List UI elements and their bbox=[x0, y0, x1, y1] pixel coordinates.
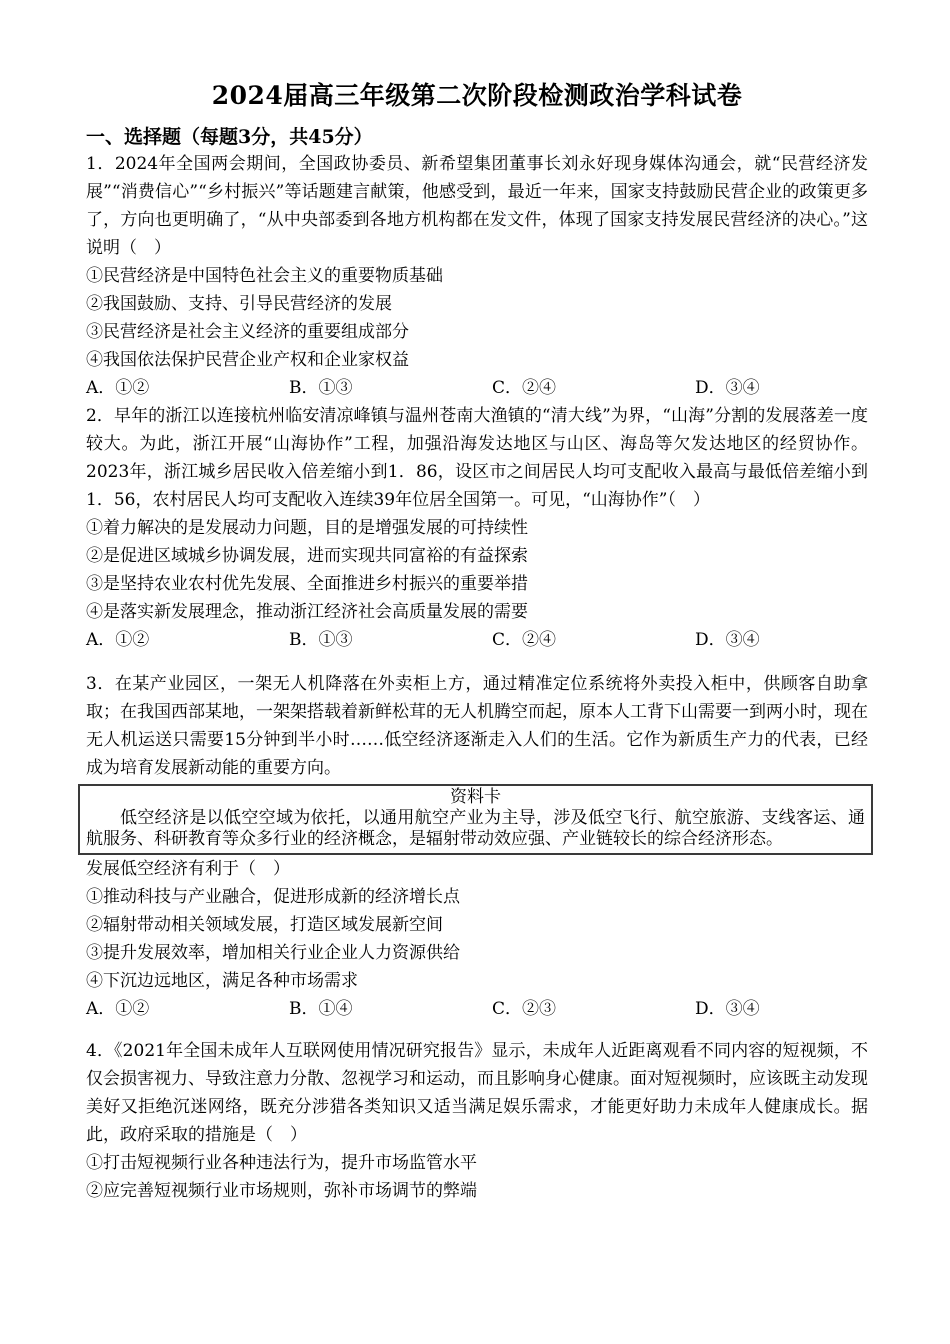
question-1-option-b: B．①③ bbox=[289, 374, 492, 402]
question-1: 1．2024年全国两会期间，全国政协委员、新希望集团董事长刘永好现身媒体沟通会，… bbox=[86, 150, 868, 402]
question-3-stem-continued: 发展低空经济有利于（ ） bbox=[86, 855, 868, 883]
question-2-item-2: ②是促进区域城乡协调发展，进而实现共同富裕的有益探索 bbox=[86, 542, 868, 570]
question-2-option-b: B．①③ bbox=[289, 626, 492, 654]
exam-paper-page: 2024届高三年级第二次阶段检测政治学科试卷 一、选择题（每题3分，共45分） … bbox=[0, 0, 950, 1344]
question-4-item-2: ②应完善短视频行业市场规则，弥补市场调节的弊端 bbox=[86, 1177, 868, 1205]
question-2-item-4: ④是落实新发展理念，推动浙江经济社会高质量发展的需要 bbox=[86, 598, 868, 626]
question-2-item-1: ①着力解决的是发展动力问题，目的是增强发展的可持续性 bbox=[86, 514, 868, 542]
question-2-option-a: A．①② bbox=[86, 626, 289, 654]
question-1-item-1: ①民营经济是中国特色社会主义的重要物质基础 bbox=[86, 262, 868, 290]
info-card-body: 低空经济是以低空空域为依托，以通用航空产业为主导，涉及低空飞行、航空旅游、支线客… bbox=[86, 808, 865, 850]
question-4-stem: 4．《2021年全国未成年人互联网使用情况研究报告》显示，未成年人近距离观看不同… bbox=[86, 1037, 868, 1149]
question-2-item-3: ③是坚持农业农村优先发展、全面推进乡村振兴的重要举措 bbox=[86, 570, 868, 598]
question-2-option-c: C．②④ bbox=[492, 626, 695, 654]
question-1-options-row: A．①② B．①③ C．②④ D．③④ bbox=[86, 374, 868, 402]
question-3-option-a: A．①② bbox=[86, 995, 289, 1023]
question-2-option-d: D．③④ bbox=[695, 626, 868, 654]
exam-title: 2024届高三年级第二次阶段检测政治学科试卷 bbox=[86, 80, 868, 112]
info-card-title: 资料卡 bbox=[86, 787, 865, 808]
question-3-option-c: C．②③ bbox=[492, 995, 695, 1023]
question-4: 4．《2021年全国未成年人互联网使用情况研究报告》显示，未成年人近距离观看不同… bbox=[86, 1037, 868, 1205]
question-3-item-2: ②辐射带动相关领域发展，打造区域发展新空间 bbox=[86, 911, 868, 939]
question-1-option-c: C．②④ bbox=[492, 374, 695, 402]
question-3-options-row: A．①② B．①④ C．②③ D．③④ bbox=[86, 995, 868, 1023]
question-2-stem: 2．早年的浙江以连接杭州临安清凉峰镇与温州苍南大渔镇的“清大线”为界，“山海”分… bbox=[86, 402, 868, 514]
question-1-item-2: ②我国鼓励、支持、引导民营经济的发展 bbox=[86, 290, 868, 318]
question-3-item-4: ④下沉边远地区，满足各种市场需求 bbox=[86, 967, 868, 995]
question-3-item-3: ③提升发展效率，增加相关行业企业人力资源供给 bbox=[86, 939, 868, 967]
info-card: 资料卡 低空经济是以低空空域为依托，以通用航空产业为主导，涉及低空飞行、航空旅游… bbox=[78, 784, 873, 855]
question-1-option-d: D．③④ bbox=[695, 374, 868, 402]
question-3: 3．在某产业园区，一架无人机降落在外卖柜上方，通过精准定位系统将外卖投入柜中，供… bbox=[86, 670, 868, 1023]
question-1-option-a: A．①② bbox=[86, 374, 289, 402]
question-1-item-4: ④我国依法保护民营企业产权和企业家权益 bbox=[86, 346, 868, 374]
question-1-stem: 1．2024年全国两会期间，全国政协委员、新希望集团董事长刘永好现身媒体沟通会，… bbox=[86, 150, 868, 262]
question-2-options-row: A．①② B．①③ C．②④ D．③④ bbox=[86, 626, 868, 654]
question-4-item-1: ①打击短视频行业各种违法行为，提升市场监管水平 bbox=[86, 1149, 868, 1177]
question-3-item-1: ①推动科技与产业融合，促进形成新的经济增长点 bbox=[86, 883, 868, 911]
question-3-option-b: B．①④ bbox=[289, 995, 492, 1023]
question-2: 2．早年的浙江以连接杭州临安清凉峰镇与温州苍南大渔镇的“清大线”为界，“山海”分… bbox=[86, 402, 868, 654]
question-3-stem: 3．在某产业园区，一架无人机降落在外卖柜上方，通过精准定位系统将外卖投入柜中，供… bbox=[86, 670, 868, 782]
section-heading: 一、选择题（每题3分，共45分） bbox=[86, 124, 868, 150]
question-3-option-d: D．③④ bbox=[695, 995, 868, 1023]
question-1-item-3: ③民营经济是社会主义经济的重要组成部分 bbox=[86, 318, 868, 346]
